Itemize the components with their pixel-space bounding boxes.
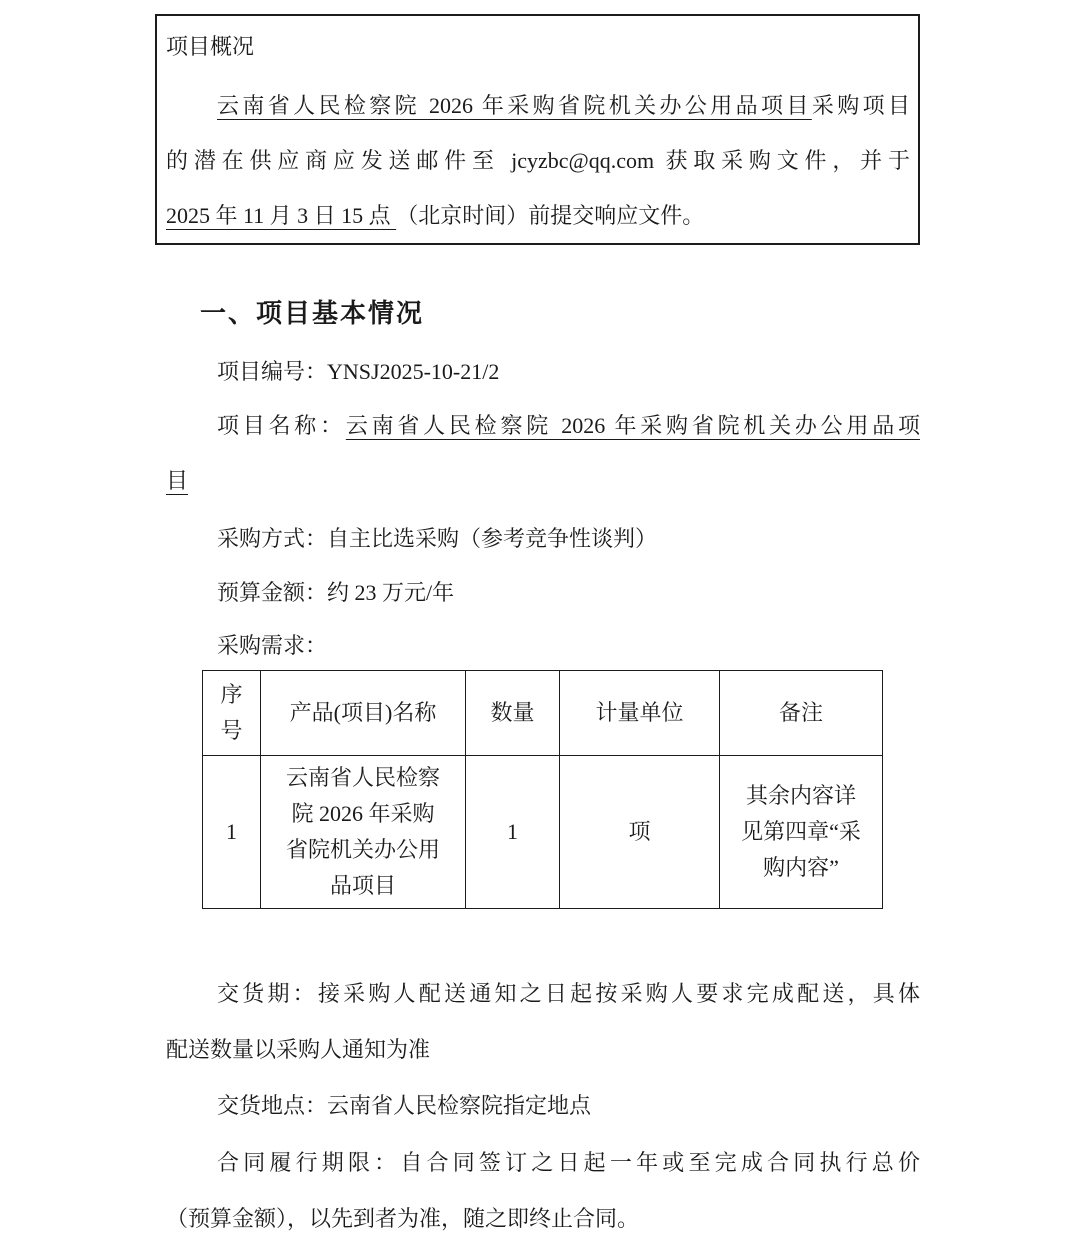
- procurement-demand-table: 序 号 产品(项目)名称 数量 计量单位 备注 1 云南省人民检察 院 2026…: [202, 670, 883, 909]
- col-header-seq: 序 号: [203, 671, 261, 756]
- overview-paragraph-line3: 2025 年 11 月 3 日 15 点 （北京时间）前提交响应文件。: [166, 202, 704, 229]
- delivery-period-line2: 配送数量以采购人通知为准: [166, 1036, 430, 1063]
- contract-term-line2: （预算金额），以先到者为准，随之即终止合同。: [166, 1205, 639, 1232]
- project-name-value-underlined: 云南省人民检察院 2026 年采购省院机关办公用品项: [346, 413, 920, 438]
- project-number-value: YNSJ2025-10-21/2: [327, 359, 499, 384]
- delivery-place-line: 交货地点：云南省人民检察院指定地点: [217, 1092, 591, 1119]
- overview-paragraph-line1: 云南省人民检察院 2026 年采购省院机关办公用品项目采购项目: [166, 92, 910, 119]
- table-row: 1 云南省人民检察 院 2026 年采购 省院机关办公用 品项目 1 项 其余内…: [203, 756, 883, 909]
- cell-remark: 其余内容详 见第四章“采 购内容”: [720, 756, 883, 909]
- budget-line: 预算金额：约 23 万元/年: [217, 579, 454, 606]
- overview-title: 项目概况: [166, 33, 254, 60]
- delivery-period-line1: 交货期：接采购人配送通知之日起按采购人要求完成配送，具体: [166, 980, 920, 1007]
- col-header-unit: 计量单位: [560, 671, 720, 756]
- overview-deadline-underlined: 2025 年 11 月 3 日 15 点: [166, 203, 396, 228]
- contract-term-line1: 合同履行期限：自合同签订之日起一年或至完成合同执行总价: [166, 1149, 920, 1176]
- project-name-line2: 目: [166, 467, 188, 494]
- cell-product-name: 云南省人民检察 院 2026 年采购 省院机关办公用 品项目: [261, 756, 466, 909]
- section-heading: 一、项目基本情况: [200, 299, 424, 327]
- demand-label: 采购需求：: [217, 632, 327, 659]
- table-header-row: 序 号 产品(项目)名称 数量 计量单位 备注: [203, 671, 883, 756]
- overview-paragraph-line2: 的潜在供应商应发送邮件至 jcyzbc@qq.com 获取采购文件，并于: [166, 147, 910, 174]
- budget-value: 约 23 万元/年: [327, 580, 454, 605]
- cell-seq: 1: [203, 756, 261, 909]
- procurement-method-label: 采购方式：: [217, 526, 327, 551]
- project-name-line1: 项目名称：云南省人民检察院 2026 年采购省院机关办公用品项: [217, 412, 920, 439]
- col-header-remark: 备注: [720, 671, 883, 756]
- project-number-label: 项目编号：: [217, 359, 327, 384]
- project-name-label: 项目名称：: [217, 413, 346, 438]
- document-page: 项目概况 云南省人民检察院 2026 年采购省院机关办公用品项目采购项目 的潜在…: [0, 0, 1074, 1243]
- budget-label: 预算金额：: [217, 580, 327, 605]
- overview-project-name-underlined: 云南省人民检察院 2026 年采购省院机关办公用品项目: [217, 93, 812, 118]
- col-header-quantity: 数量: [466, 671, 560, 756]
- procurement-method-value: 自主比选采购（参考竞争性谈判）: [327, 526, 657, 551]
- cell-quantity: 1: [466, 756, 560, 909]
- col-header-product-name: 产品(项目)名称: [261, 671, 466, 756]
- procurement-method-line: 采购方式：自主比选采购（参考竞争性谈判）: [217, 525, 657, 552]
- overview-paragraph-line1-rest: 采购项目: [812, 93, 910, 118]
- cell-unit: 项: [560, 756, 720, 909]
- overview-paragraph-line3-rest: （北京时间）前提交响应文件。: [396, 203, 704, 228]
- project-number-line: 项目编号：YNSJ2025-10-21/2: [217, 358, 499, 385]
- project-name-value-continuation: 目: [166, 468, 188, 493]
